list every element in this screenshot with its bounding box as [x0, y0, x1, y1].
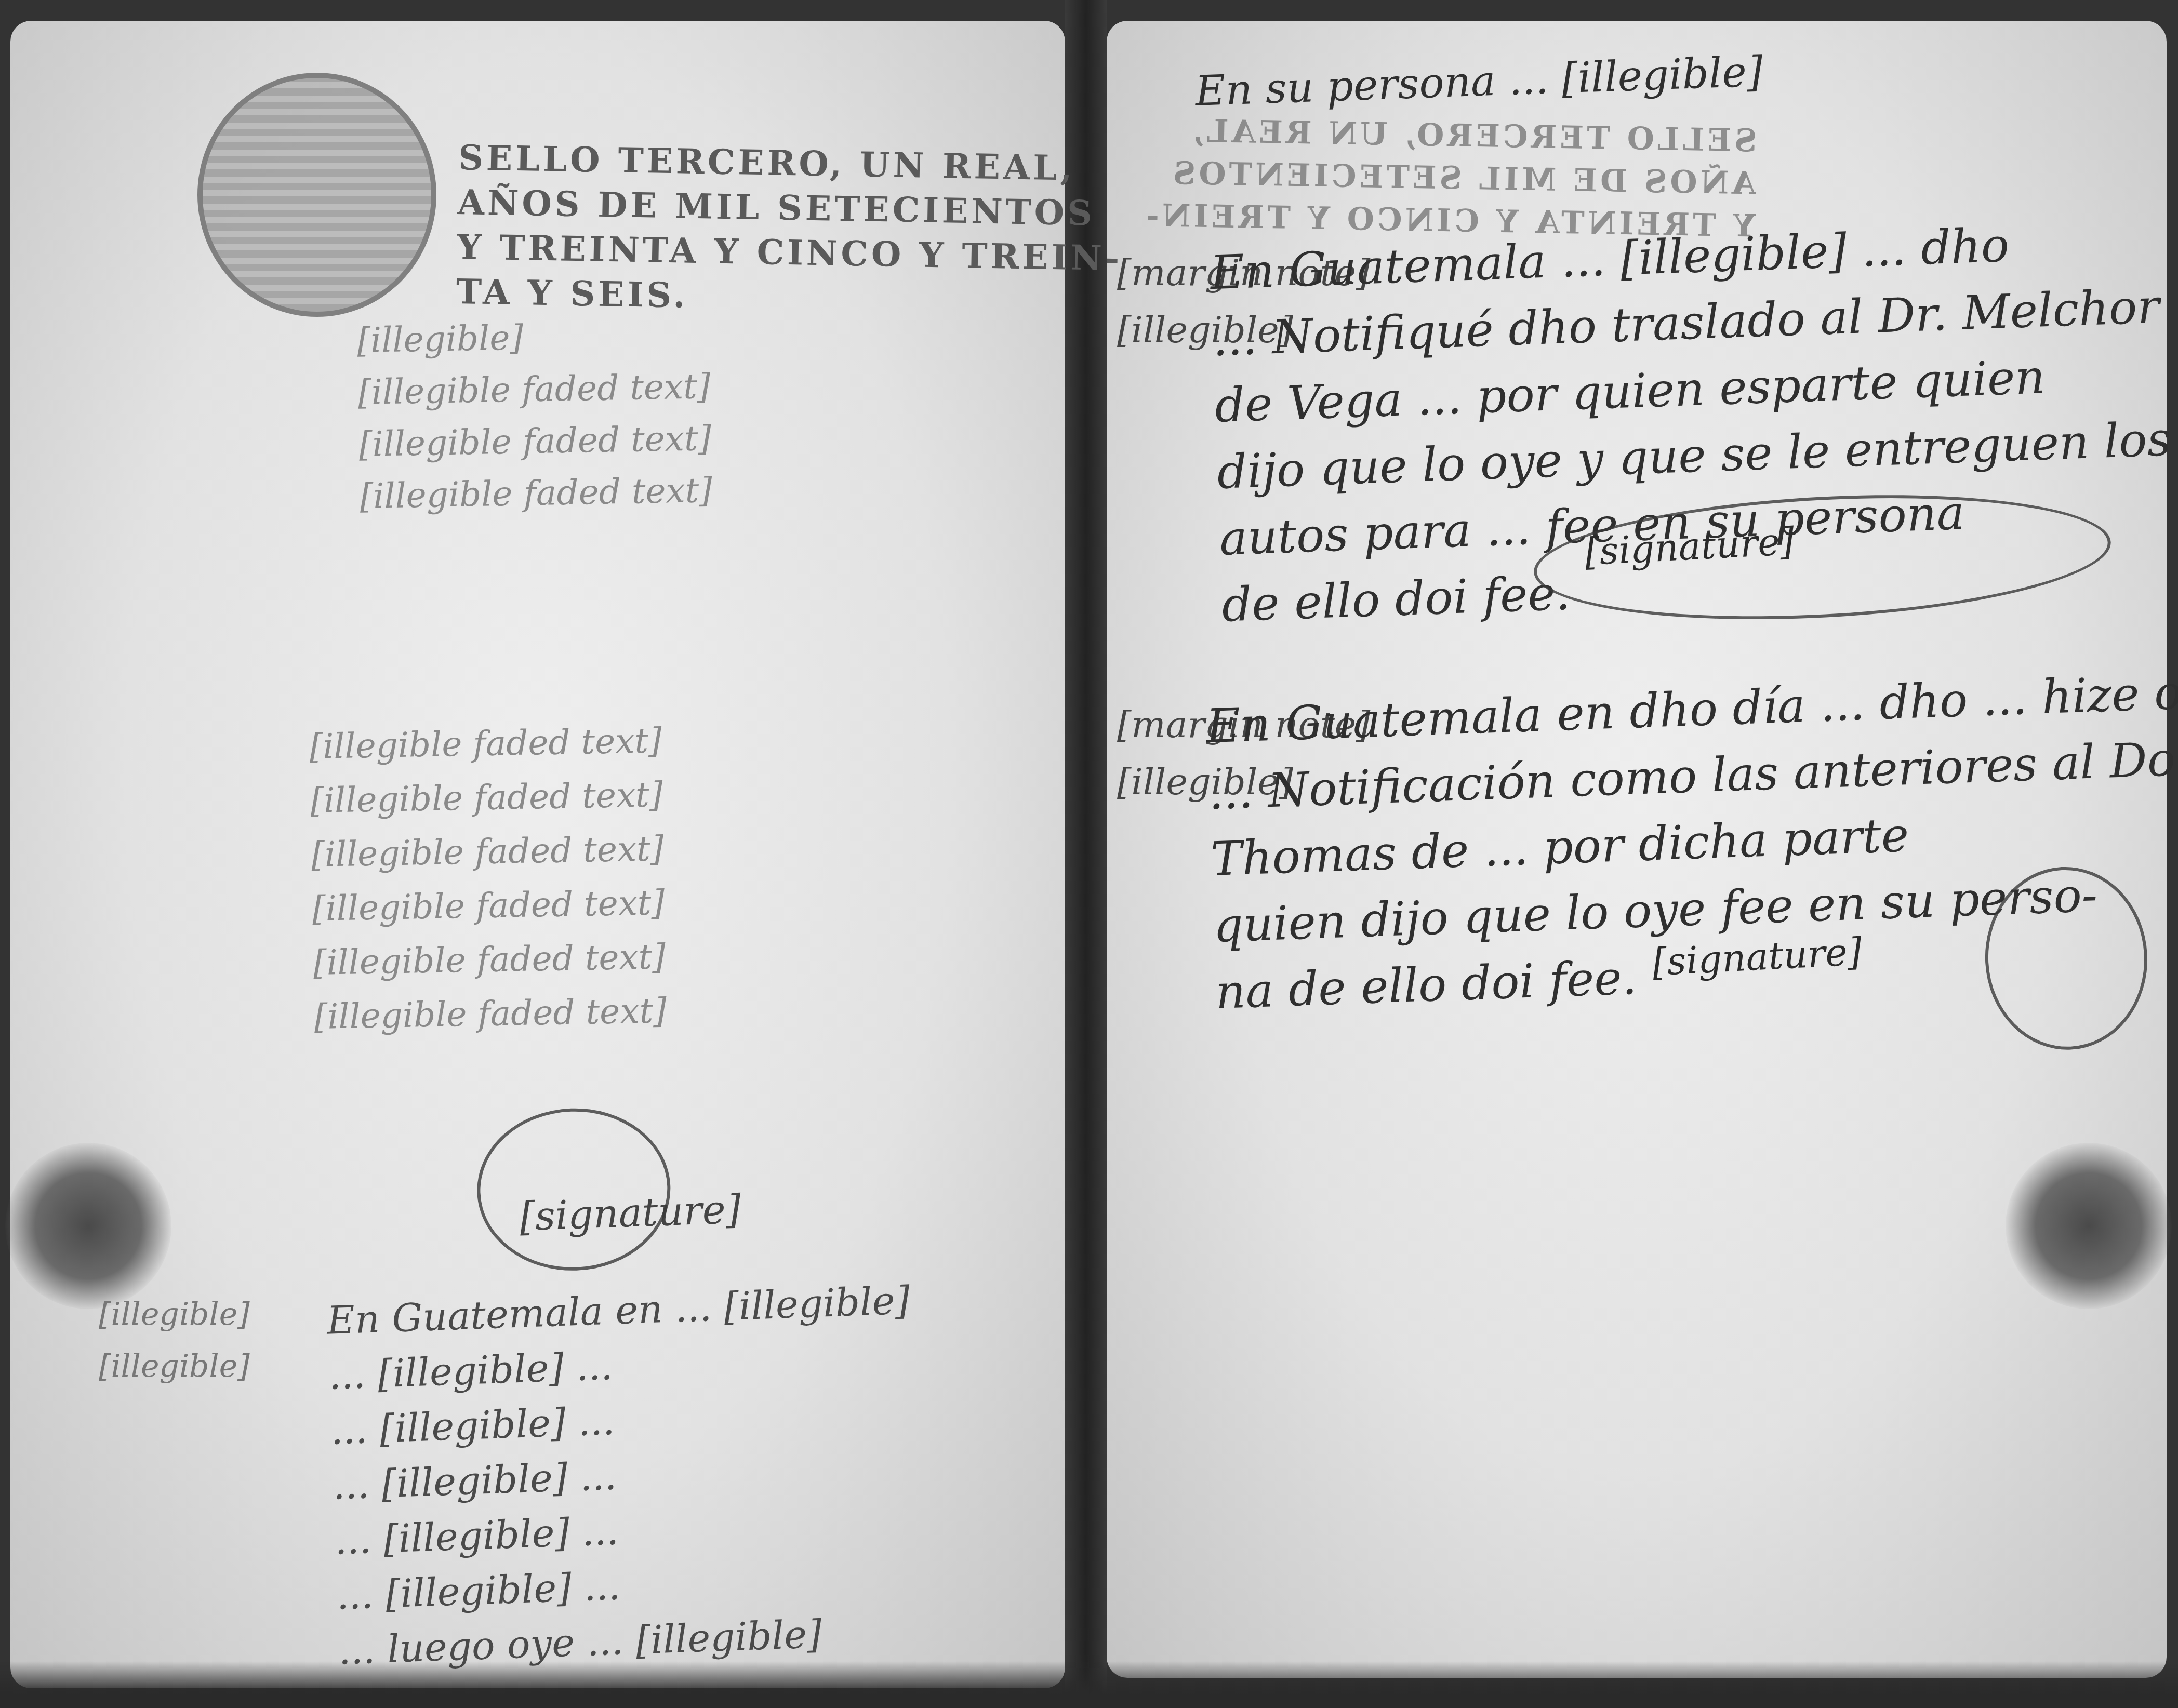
text-line: [illegible faded text] [313, 930, 666, 990]
left-margin-note: [illegible] [illegible] [99, 1288, 250, 1392]
left-bottom-block: En Guatemala en ... [illegible] ... [ill… [326, 1273, 922, 1679]
stamp-text: SELLO TERCERO, UN REAL, AÑOS DE MIL SETE… [456, 135, 1056, 324]
ink-stain-right [2006, 1143, 2172, 1309]
document-spread: SELLO TERCERO, UN REAL, AÑOS DE MIL SETE… [0, 0, 2178, 1708]
text-line: [illegible] [99, 1288, 250, 1340]
entry1-signature: [signature] [1584, 519, 1796, 573]
text-line: [illegible] [99, 1340, 250, 1392]
text-line: [illegible faded text] [309, 714, 662, 774]
text-line: [illegible] [357, 309, 710, 367]
text-line: [illegible faded text] [358, 412, 712, 471]
left-middle-block: [illegible faded text] [illegible faded … [309, 714, 667, 1044]
text-line: [illegible faded text] [310, 768, 663, 828]
ink-stain-left [5, 1143, 171, 1309]
text-line: [illegible faded text] [357, 361, 711, 419]
left-signature: [signature] [519, 1186, 742, 1240]
seal-icon [197, 73, 436, 317]
text-line: [illegible faded text] [314, 984, 667, 1044]
left-top-block: [illegible] [illegible faded text] [ille… [357, 309, 713, 523]
text-line: [illegible faded text] [311, 822, 664, 882]
scan-bottom-edge [0, 1661, 2178, 1708]
text-line: [illegible faded text] [312, 876, 665, 936]
text-line: [illegible faded text] [360, 464, 713, 523]
